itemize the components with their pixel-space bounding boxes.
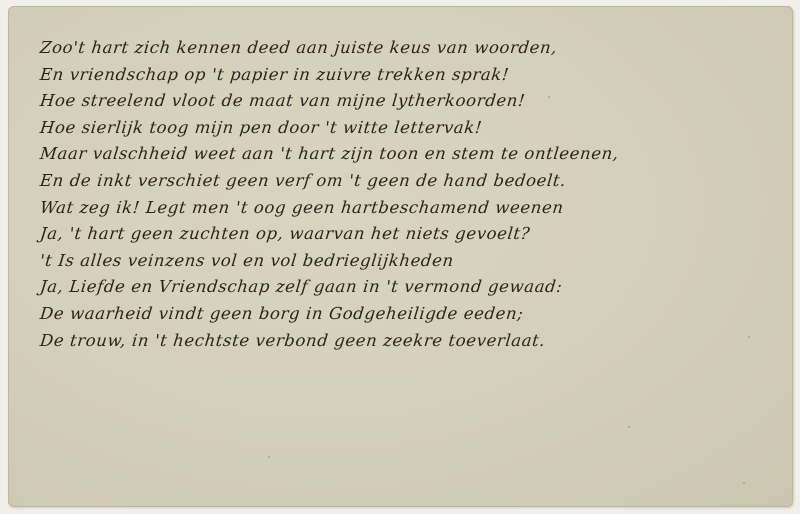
poem-line-6: En de inkt verschiet geen verf om 't gee… — [39, 168, 782, 195]
poem-line-3: Hoe streelend vloot de maat van mijne ly… — [39, 88, 782, 115]
poem-line-10: Ja, Liefde en Vriendschap zelf gaan in '… — [39, 274, 782, 301]
paper-speck — [743, 482, 745, 484]
poem-text: Zoo't hart zich kennen deed aan juiste k… — [40, 35, 780, 354]
poem-line-2: En vriendschap op 't papier in zuivre tr… — [39, 62, 782, 89]
paper-speck — [628, 426, 630, 428]
poem-line-1: Zoo't hart zich kennen deed aan juiste k… — [39, 35, 782, 62]
poem-line-9: 't Is alles veinzens vol en vol bedriegl… — [39, 248, 782, 275]
paper-speck — [268, 456, 270, 458]
poem-line-8: Ja, 't hart geen zuchten op, waarvan het… — [39, 221, 782, 248]
poem-line-12: De trouw, in 't hechtste verbond geen ze… — [39, 328, 782, 355]
poem-line-11: De waarheid vindt geen borg in Godgeheil… — [39, 301, 782, 328]
poem-line-5: Maar valschheid weet aan 't hart zijn to… — [39, 141, 782, 168]
poem-line-4: Hoe sierlijk toog mijn pen door 't witte… — [39, 115, 782, 142]
poem-line-7: Wat zeg ik! Legt men 't oog geen hartbes… — [39, 195, 782, 222]
